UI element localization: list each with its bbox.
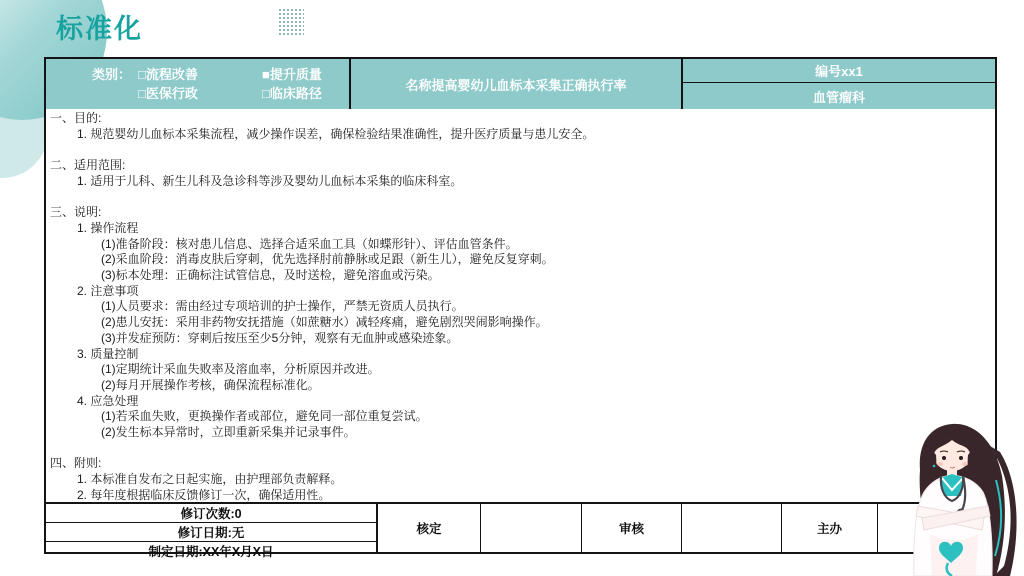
body-line: (1)人员要求：需由经过专项培训的护士操作，严禁无资质人员执行。 — [46, 299, 995, 315]
body-line: 1. 适用于儿科、新生儿科及急诊科等涉及婴幼儿血标本采集的临床科室。 — [46, 174, 995, 190]
body-line: 二、适用范围: — [46, 158, 995, 174]
body-line: 1. 本标准自发布之日起实施，由护理部负责解释。 — [46, 472, 995, 488]
body-line: (3)标本处理：正确标注试管信息，及时送检，避免溶血或污染。 — [46, 268, 995, 284]
checkbox-label: 流程改善 — [146, 67, 198, 82]
eye-left — [942, 456, 946, 460]
body-line: (2)采血阶段：消毒皮肤后穿刺，优先选择肘前静脉或足跟（新生儿），避免反复穿刺。 — [46, 252, 995, 268]
body-line: 2. 每年度根据临床反馈修订一次，确保适用性。 — [46, 488, 995, 502]
body-line: (2)患儿安抚：采用非药物安抚措施（如蔗糖水）减轻疼痛，避免剧烈哭闹影响操作。 — [46, 315, 995, 331]
body-line: 2. 注意事项 — [46, 284, 995, 300]
body-line: (1)定期统计采血失败率及溶血率，分析原因并改进。 — [46, 362, 995, 378]
checkbox-mark: ■ — [262, 67, 270, 82]
form-header: 类别： □流程改善 ■提升质量 □医保行政 □临床路径 名称提高婴幼儿血标本采集… — [46, 59, 995, 109]
approval-label-cell: 核定 — [378, 504, 481, 552]
revision-column: 修订次数:0 修订日期:无 制定日期:XX年X月X日 — [46, 504, 378, 552]
body-line: 四、附则: — [46, 456, 995, 472]
checkbox-label: 提升质量 — [270, 67, 322, 82]
review-blank-cell — [682, 504, 782, 552]
checkbox-quality-improvement: ■提升质量 — [262, 65, 322, 84]
approval-blank-cell — [481, 504, 582, 552]
category-cell: 类别： □流程改善 ■提升质量 □医保行政 □临床路径 — [46, 59, 351, 109]
form-footer: 修订次数:0 修订日期:无 制定日期:XX年X月X日 核定 审核 主办 — [46, 502, 995, 552]
form-department-cell: 血管瘤科 — [683, 83, 995, 109]
body-line: 三、说明: — [46, 205, 995, 221]
body-line — [46, 142, 995, 158]
page-title: 标准化 — [56, 7, 143, 46]
standard-form-table: 类别： □流程改善 ■提升质量 □医保行政 □临床路径 名称提高婴幼儿血标本采集… — [44, 57, 997, 554]
form-number-cell: 编号xx1 — [683, 59, 995, 83]
eye-right — [959, 456, 963, 460]
nurse-illustration — [890, 418, 1022, 576]
checkbox-mark: □ — [138, 86, 146, 101]
body-line: 3. 质量控制 — [46, 347, 995, 363]
revision-date-row: 修订日期:无 — [46, 523, 376, 542]
checkbox-mark: □ — [138, 67, 146, 82]
form-name-cell: 名称提高婴幼儿血标本采集正确执行率 — [351, 59, 683, 109]
body-line: 1. 操作流程 — [46, 221, 995, 237]
body-line — [46, 441, 995, 457]
blush-left — [937, 462, 943, 466]
body-line: (3)并发症预防：穿刺后按压至少5分钟，观察有无血肿或感染迹象。 — [46, 331, 995, 347]
blush-right — [962, 462, 968, 466]
body-line: (2)每月开展操作考核，确保流程标准化。 — [46, 378, 995, 394]
form-header-right: 编号xx1 血管瘤科 — [683, 59, 995, 109]
body-line: 4. 应急处理 — [46, 394, 995, 410]
body-line: (1)准备阶段：核对患儿信息、选择合适采血工具（如蝶形针）、评估血管条件。 — [46, 237, 995, 253]
category-row-1: 类别： □流程改善 ■提升质量 — [46, 65, 349, 84]
organizer-label-cell: 主办 — [782, 504, 878, 552]
form-body-text: 一、目的:1. 规范婴幼儿血标本采集流程，减少操作误差，确保检验结果准确性，提升… — [46, 109, 995, 502]
body-line: (1)若采血失败，更换操作者或部位，避免同一部位重复尝试。 — [46, 409, 995, 425]
earring — [933, 465, 936, 468]
body-line: 1. 规范婴幼儿血标本采集流程，减少操作误差，确保检验结果准确性，提升医疗质量与… — [46, 127, 995, 143]
creation-date-row: 制定日期:XX年X月X日 — [46, 542, 376, 560]
checkbox-process-improvement: □流程改善 — [138, 65, 262, 84]
revision-count-row: 修订次数:0 — [46, 504, 376, 523]
checkbox-label: 医保行政 — [146, 86, 198, 101]
body-line — [46, 190, 995, 206]
dot-grid-decoration — [278, 8, 304, 37]
review-label-cell: 审核 — [582, 504, 682, 552]
checkbox-label: 临床路径 — [270, 86, 322, 101]
category-label: 类别： — [92, 65, 138, 84]
body-line: (2)发生标本异常时，立即重新采集并记录事件。 — [46, 425, 995, 441]
body-line: 一、目的: — [46, 111, 995, 127]
category-row-2: □医保行政 □临床路径 — [46, 84, 349, 103]
category-spacer — [92, 84, 138, 103]
slide: 标准化 类别： □流程改善 ■提升质量 □医保行政 □临床路径 名称提高婴幼儿血… — [0, 0, 1024, 576]
checkbox-clinical-pathway: □临床路径 — [262, 84, 322, 103]
checkbox-mark: □ — [262, 86, 270, 101]
checkbox-insurance-admin: □医保行政 — [138, 84, 262, 103]
